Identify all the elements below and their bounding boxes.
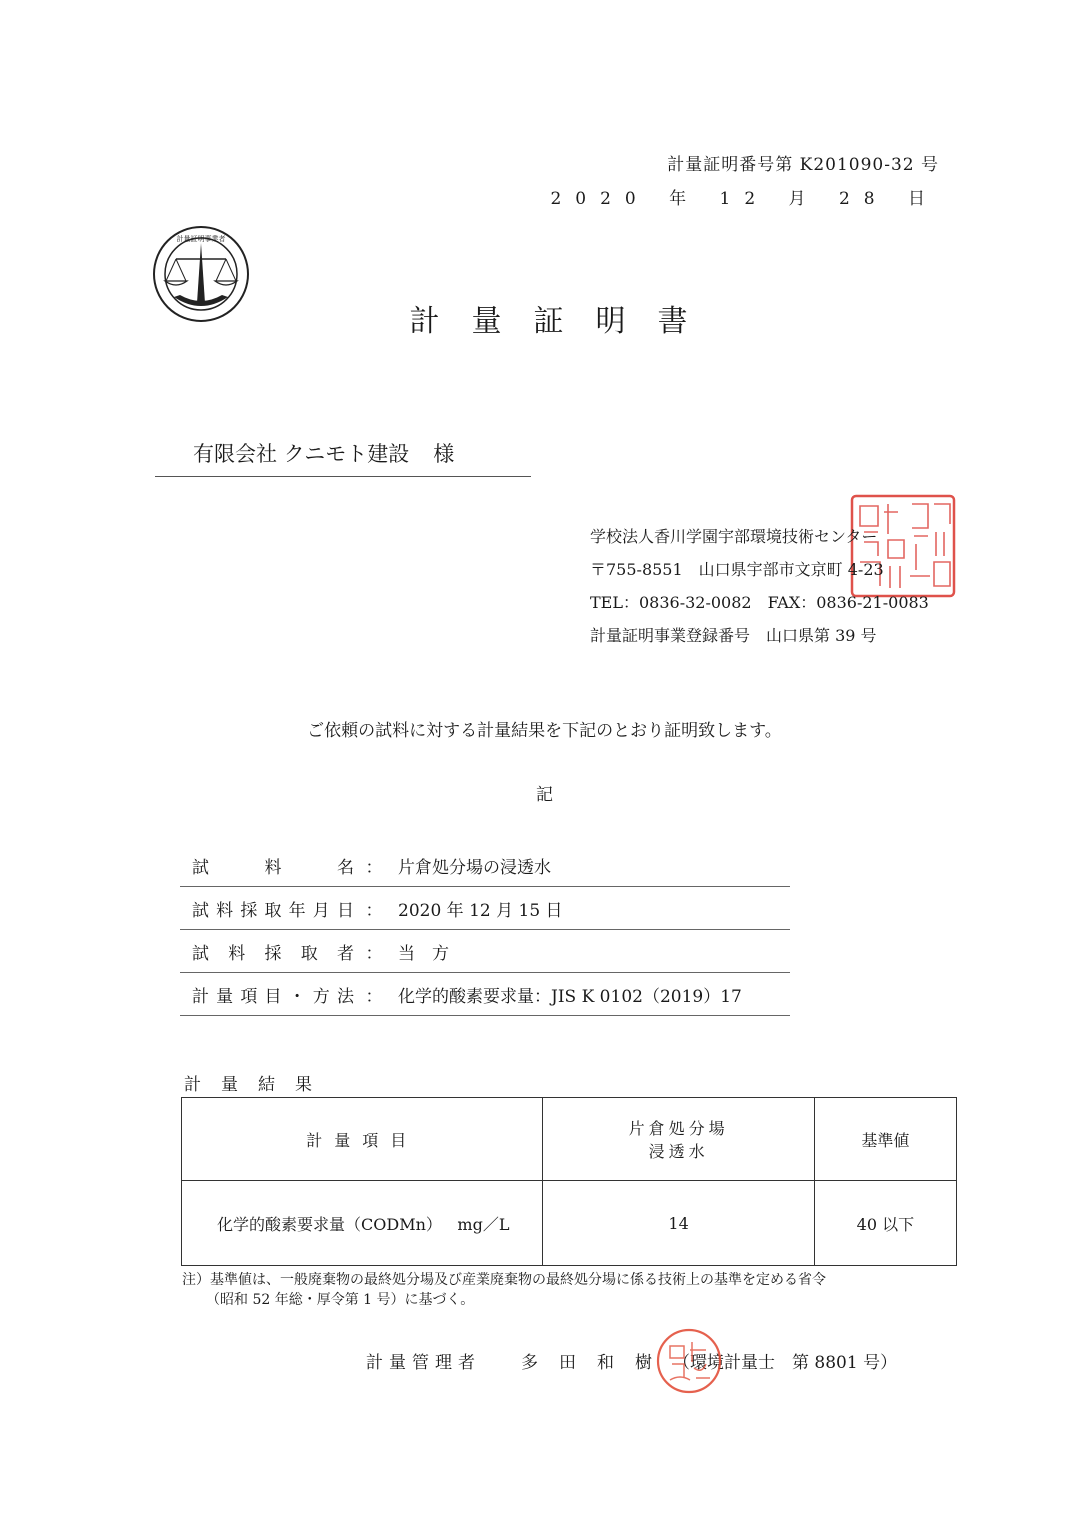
colon: ： — [354, 853, 394, 878]
result-value: 14 — [543, 1181, 814, 1266]
footnote-line-2: （昭和 52 年総・厚令第 1 号）に基づく。 — [182, 1290, 826, 1310]
sample-info-label: 試料採取者 — [180, 939, 354, 964]
result-item: 化学的酸素要求量（CODMn） — [217, 1212, 442, 1235]
sampler-value: 当 方 — [394, 939, 790, 964]
result-standard: 40 以下 — [814, 1181, 956, 1266]
intro-text: ご依頼の試料に対する計量結果を下記のとおり証明致します。 — [0, 716, 1089, 741]
ki-heading: 記 — [0, 780, 1089, 805]
measurement-manager: 計量管理者多田和樹（環境計量士 第 8801 号） — [366, 1348, 897, 1373]
colon: ： — [354, 939, 394, 964]
manager-name: 多田和樹 — [521, 1353, 673, 1373]
sample-info-label: 試料採取年月日 — [180, 896, 354, 921]
sample-info-row-sampler: 試料採取者 ： 当 方 — [180, 930, 790, 973]
header-sample: 片倉処分場 浸透水 — [543, 1098, 814, 1181]
footnote: 注）基準値は、一般廃棄物の最終処分場及び産業廃棄物の最終処分場に係る技術上の基準… — [182, 1270, 826, 1310]
colon: ： — [354, 896, 394, 921]
recipient-honorific: 様 — [433, 442, 454, 466]
results-section-label: 計量結果 — [184, 1070, 332, 1095]
header-standard: 基準値 — [814, 1098, 956, 1181]
logo-ring-text: 計量証明事業者 — [177, 234, 226, 243]
certificate-number: 計量証明番号第 K201090-32 号 — [667, 150, 939, 175]
sampling-date-value: 2020 年 12 月 15 日 — [394, 896, 790, 921]
personal-seal-stamp-icon — [656, 1328, 722, 1394]
method-value: 化学的酸素要求量：JIS K 0102（2019）17 — [394, 982, 790, 1007]
colon: ： — [354, 982, 394, 1007]
issuer-registration: 計量証明事業登録番号 山口県第 39 号 — [590, 619, 929, 652]
sample-info-row-name: 試料名 ： 片倉処分場の浸透水 — [180, 844, 790, 887]
manager-role: 計量管理者 — [366, 1353, 481, 1373]
issuer-address: 〒755-8551 山口県宇部市文京町 4-23 — [590, 553, 929, 586]
document-title: 計量証明書 — [0, 296, 1089, 340]
sample-info-label: 試料名 — [180, 853, 354, 878]
recipient: 有限会社 クニモト建設様 — [155, 438, 531, 477]
issuer-block: 学校法人香川学園宇部環境技術センター 〒755-8551 山口県宇部市文京町 4… — [590, 520, 929, 652]
results-header-row: 計量項目 片倉処分場 浸透水 基準値 — [182, 1098, 957, 1181]
header-item: 計量項目 — [182, 1098, 543, 1181]
sample-info-label: 計量項目・方法 — [180, 982, 354, 1007]
sample-info-row-date: 試料採取年月日 ： 2020 年 12 月 15 日 — [180, 887, 790, 930]
results-table: 計量項目 片倉処分場 浸透水 基準値 化学的酸素要求量（CODMn） mg／L … — [181, 1097, 957, 1266]
sample-info-list: 試料名 ： 片倉処分場の浸透水 試料採取年月日 ： 2020 年 12 月 15… — [180, 844, 790, 1016]
sample-name-value: 片倉処分場の浸透水 — [394, 853, 790, 878]
issuer-organization: 学校法人香川学園宇部環境技術センター — [590, 520, 929, 553]
issue-date: 2020 年 12 月 28 日 — [550, 184, 939, 209]
recipient-name: 有限会社 クニモト建設 — [193, 442, 409, 466]
issuer-contact: TEL：0836-32-0082 FAX：0836-21-0083 — [590, 586, 929, 619]
result-unit: mg／L — [457, 1212, 509, 1235]
table-row: 化学的酸素要求量（CODMn） mg／L 14 40 以下 — [182, 1181, 957, 1266]
sample-info-row-method: 計量項目・方法 ： 化学的酸素要求量：JIS K 0102（2019）17 — [180, 973, 790, 1016]
footnote-line-1: 注）基準値は、一般廃棄物の最終処分場及び産業廃棄物の最終処分場に係る技術上の基準… — [182, 1270, 826, 1290]
